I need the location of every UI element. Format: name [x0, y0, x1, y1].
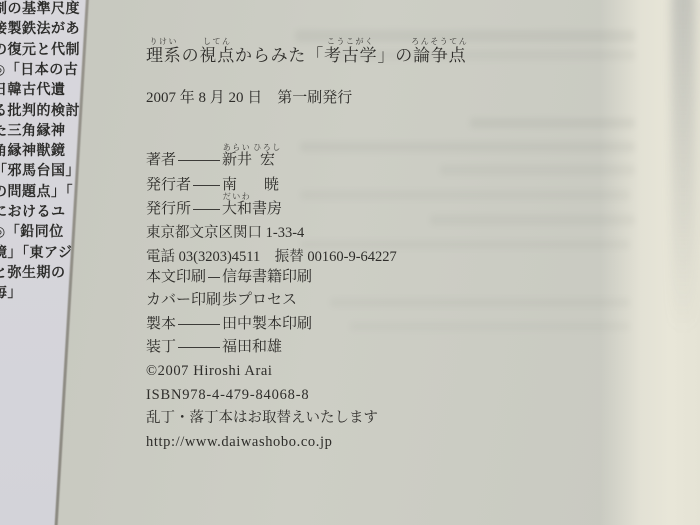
text-segment: 」: [377, 46, 395, 66]
text-segment: 新井あらい: [222, 152, 252, 169]
previous-page-edge: 制の基準尺度接製鉄法があの復元と代制◎「日本の古日韓古代遺る批判的検討た三角縁神…: [0, 0, 92, 525]
left-page-text-fragment: におけるユ: [0, 206, 66, 220]
furigana: こうこがく: [327, 37, 375, 46]
left-page-text-fragment: 制の基準尺度: [0, 3, 80, 17]
row-lead: 本文印刷: [146, 269, 222, 286]
left-page-text-fragment: ◎「鉛同位: [0, 226, 64, 240]
text-segment: 理系りけい: [146, 46, 182, 66]
book-photo: 理系りけいの視点してんからみた「考古学こうこがく」の論争点ろんそうてん 2007…: [0, 0, 700, 525]
text-segment: 信毎書籍印刷: [222, 269, 312, 286]
colophon-row: 製本田中製本印刷: [146, 316, 566, 333]
text-segment: 「: [306, 46, 324, 66]
row-label: 本文印刷: [146, 269, 206, 286]
publication-date: 2007 年 8 月 20 日 第一刷発行: [146, 90, 352, 107]
row-label: 発行者: [146, 177, 191, 194]
leader-dash: [193, 209, 220, 210]
left-page-text-fragment: の問題点」「: [0, 186, 73, 200]
row-label: 製本: [146, 316, 176, 333]
left-page-text-fragment: 境」「東アジ: [0, 247, 72, 261]
text-segment: 宏ひろし: [260, 152, 275, 169]
left-page-text-fragment: 角縁神獣鏡: [0, 145, 66, 159]
showthrough-ghost: [300, 142, 635, 152]
row-label: 発行所: [146, 201, 191, 218]
row-lead: 著者: [146, 152, 222, 169]
row-lead: 発行所: [146, 201, 222, 218]
leader-dash: [178, 347, 220, 348]
text-segment: 視点してん: [199, 46, 235, 66]
showthrough-ghost: [300, 240, 630, 249]
row-label: カバー印刷: [146, 292, 221, 309]
left-page-text-fragment: と弥生期の: [0, 267, 66, 281]
text-segment: 考古学こうこがく: [324, 46, 377, 66]
publisher-address: 東京都文京区関口 1-33-4: [146, 225, 304, 242]
row-value: 歩プロセス: [222, 292, 297, 309]
row-lead: 発行者: [146, 177, 222, 194]
furigana: あらい: [223, 143, 252, 152]
text-segment: の: [182, 46, 200, 66]
furigana: してん: [203, 37, 232, 46]
text-segment: 田中製本印刷: [222, 316, 312, 333]
left-page-text-fragment: の復元と代制: [0, 44, 80, 58]
publisher-url: http://www.daiwashobo.co.jp: [146, 434, 332, 451]
furigana: ろんそうてん: [411, 37, 468, 46]
left-page-text-fragment: る批判的検討: [0, 105, 80, 119]
colophon-row: 発行者南暁: [146, 177, 566, 194]
row-label: 装丁: [146, 339, 176, 356]
row-lead: 製本: [146, 316, 222, 333]
text-segment: 大和だいわ: [222, 201, 252, 218]
colophon-row: カバー印刷歩プロセス: [146, 292, 566, 309]
row-value: 福田和雄: [222, 339, 282, 356]
left-page-text-fragment: 毎」: [0, 287, 22, 301]
text-segment: からみた: [235, 46, 306, 66]
colophon-row: 本文印刷信毎書籍印刷: [146, 269, 566, 286]
page-edge-shadow: [671, 0, 695, 333]
text-segment: 暁: [264, 177, 279, 194]
row-lead: カバー印刷: [146, 292, 222, 309]
furigana: りけい: [150, 37, 179, 46]
left-page-text-fragment: ◎「日本の古: [0, 64, 78, 78]
left-page-text-fragment: た三角縁神: [0, 125, 66, 139]
colophon-row: 装丁福田和雄: [146, 339, 566, 356]
left-page-text-fragment: 接製鉄法があ: [0, 23, 80, 37]
row-value: 新井あらい宏ひろし: [222, 152, 275, 169]
furigana: ひろし: [253, 143, 282, 152]
left-page-text-fragment: 日韓古代遺: [0, 84, 66, 98]
phone-and-postal-transfer: 電話 03(3203)4511 振替 00160-9-64227: [146, 249, 397, 266]
colophon-row: 著者新井あらい宏ひろし: [146, 152, 566, 169]
furigana: だいわ: [223, 192, 252, 201]
text-segment: の: [395, 46, 413, 66]
showthrough-ghost: [470, 118, 635, 128]
colophon-row: 発行所大和だいわ書房: [146, 201, 566, 218]
text-segment: 歩プロセス: [222, 292, 297, 309]
text-segment: 書房: [252, 201, 282, 218]
copyright-line: ©2007 Hiroshi Arai: [146, 363, 273, 380]
returns-notice: 乱丁・落丁本はお取替えいたします: [146, 410, 378, 427]
leader-dash: [208, 277, 220, 278]
leader-dash: [178, 324, 220, 325]
text-segment: 論争点ろんそうてん: [413, 46, 466, 66]
isbn-line: ISBN978-4-479-84068-8: [146, 387, 309, 404]
left-page-text-fragment: 「邪馬台国」: [0, 165, 80, 179]
row-value: 信毎書籍印刷: [222, 269, 312, 286]
row-value: 大和だいわ書房: [222, 201, 282, 218]
leader-dash: [193, 185, 220, 186]
row-label: 著者: [146, 152, 176, 169]
row-lead: 装丁: [146, 339, 222, 356]
leader-dash: [178, 160, 220, 161]
book-title: 理系りけいの視点してんからみた「考古学こうこがく」の論争点ろんそうてん: [146, 46, 466, 66]
text-segment: 福田和雄: [222, 339, 282, 356]
row-value: 田中製本印刷: [222, 316, 312, 333]
